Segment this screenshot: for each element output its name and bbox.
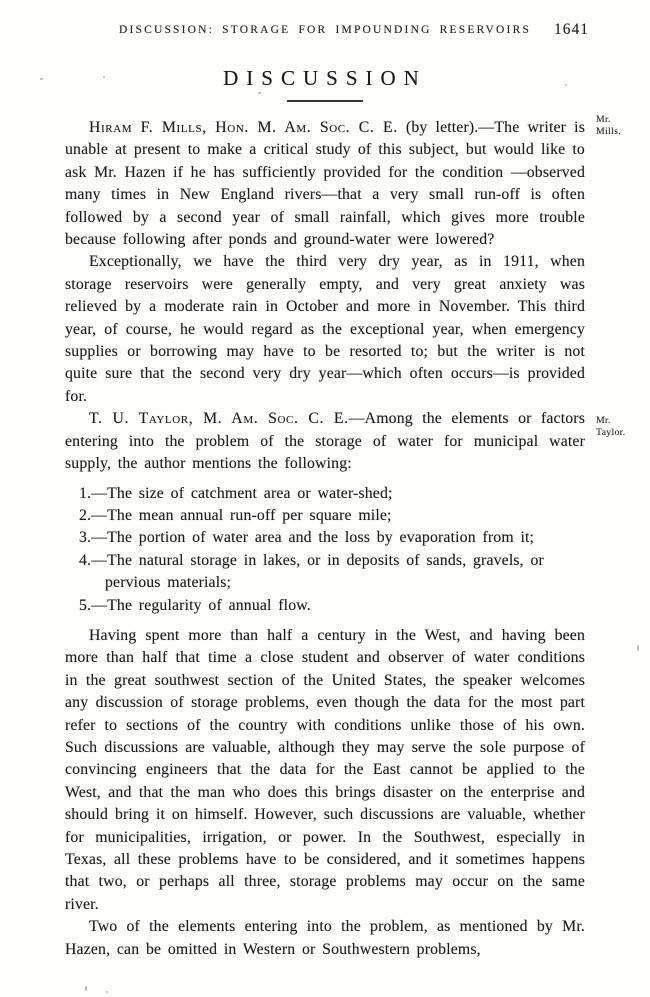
margin-note-taylor: Mr. Taylor. — [596, 415, 644, 438]
paragraph-two-elements: Two of the elements entering into the pr… — [65, 916, 585, 961]
running-head: DISCUSSION: STORAGE FOR IMPOUNDING RESER… — [65, 24, 585, 42]
list-item: 3.—The portion of water area and the los… — [65, 527, 585, 549]
paragraph-having-spent: Having spent more than half a century in… — [65, 625, 585, 916]
title-rule — [287, 100, 363, 102]
list-item: 5.—The regularity of annual flow. — [65, 595, 585, 617]
paragraph-taylor: T. U. Taylor, M. Am. Soc. C. E.—Among th… — [65, 408, 585, 475]
list-item: 4.—The natural storage in lakes, or in d… — [65, 550, 585, 595]
margin-note-mills: Mr. Mills. — [596, 114, 644, 137]
text-column: DISCUSSION: STORAGE FOR IMPOUNDING RESER… — [65, 0, 585, 961]
paragraph-mills: Hiram F. Mills, Hon. M. Am. Soc. C. E. (… — [65, 117, 585, 251]
scan-speckle — [565, 84, 567, 86]
page-number: 1641 — [554, 21, 589, 39]
list-item: 1.—The size of catchment area or water-s… — [65, 483, 585, 505]
speaker-name-taylor: T. U. Taylor, M. Am. Soc. C. E. — [89, 410, 349, 427]
scanned-document-page: DISCUSSION: STORAGE FOR IMPOUNDING RESER… — [0, 0, 650, 997]
body-text: Hiram F. Mills, Hon. M. Am. Soc. C. E. (… — [65, 117, 585, 961]
list-item: 2.—The mean annual run-off per square mi… — [65, 505, 585, 527]
paragraph-mills-body: (by letter).—The writer is unable at pre… — [65, 119, 585, 248]
scan-speckle — [637, 645, 639, 651]
scan-speckle — [106, 991, 108, 993]
scan-speckle — [258, 92, 261, 94]
speaker-name-mills: Hiram F. Mills, Hon. M. Am. Soc. C. E. — [89, 119, 398, 136]
running-head-text: DISCUSSION: STORAGE FOR IMPOUNDING RESER… — [119, 24, 531, 36]
scan-speckle — [40, 78, 43, 80]
scan-speckle — [85, 986, 87, 991]
section-title: DISCUSSION — [65, 66, 585, 91]
paragraph-exceptionally: Exceptionally, we have the third very dr… — [65, 251, 585, 408]
scan-speckle — [103, 76, 105, 78]
numbered-list: 1.—The size of catchment area or water-s… — [65, 483, 585, 617]
